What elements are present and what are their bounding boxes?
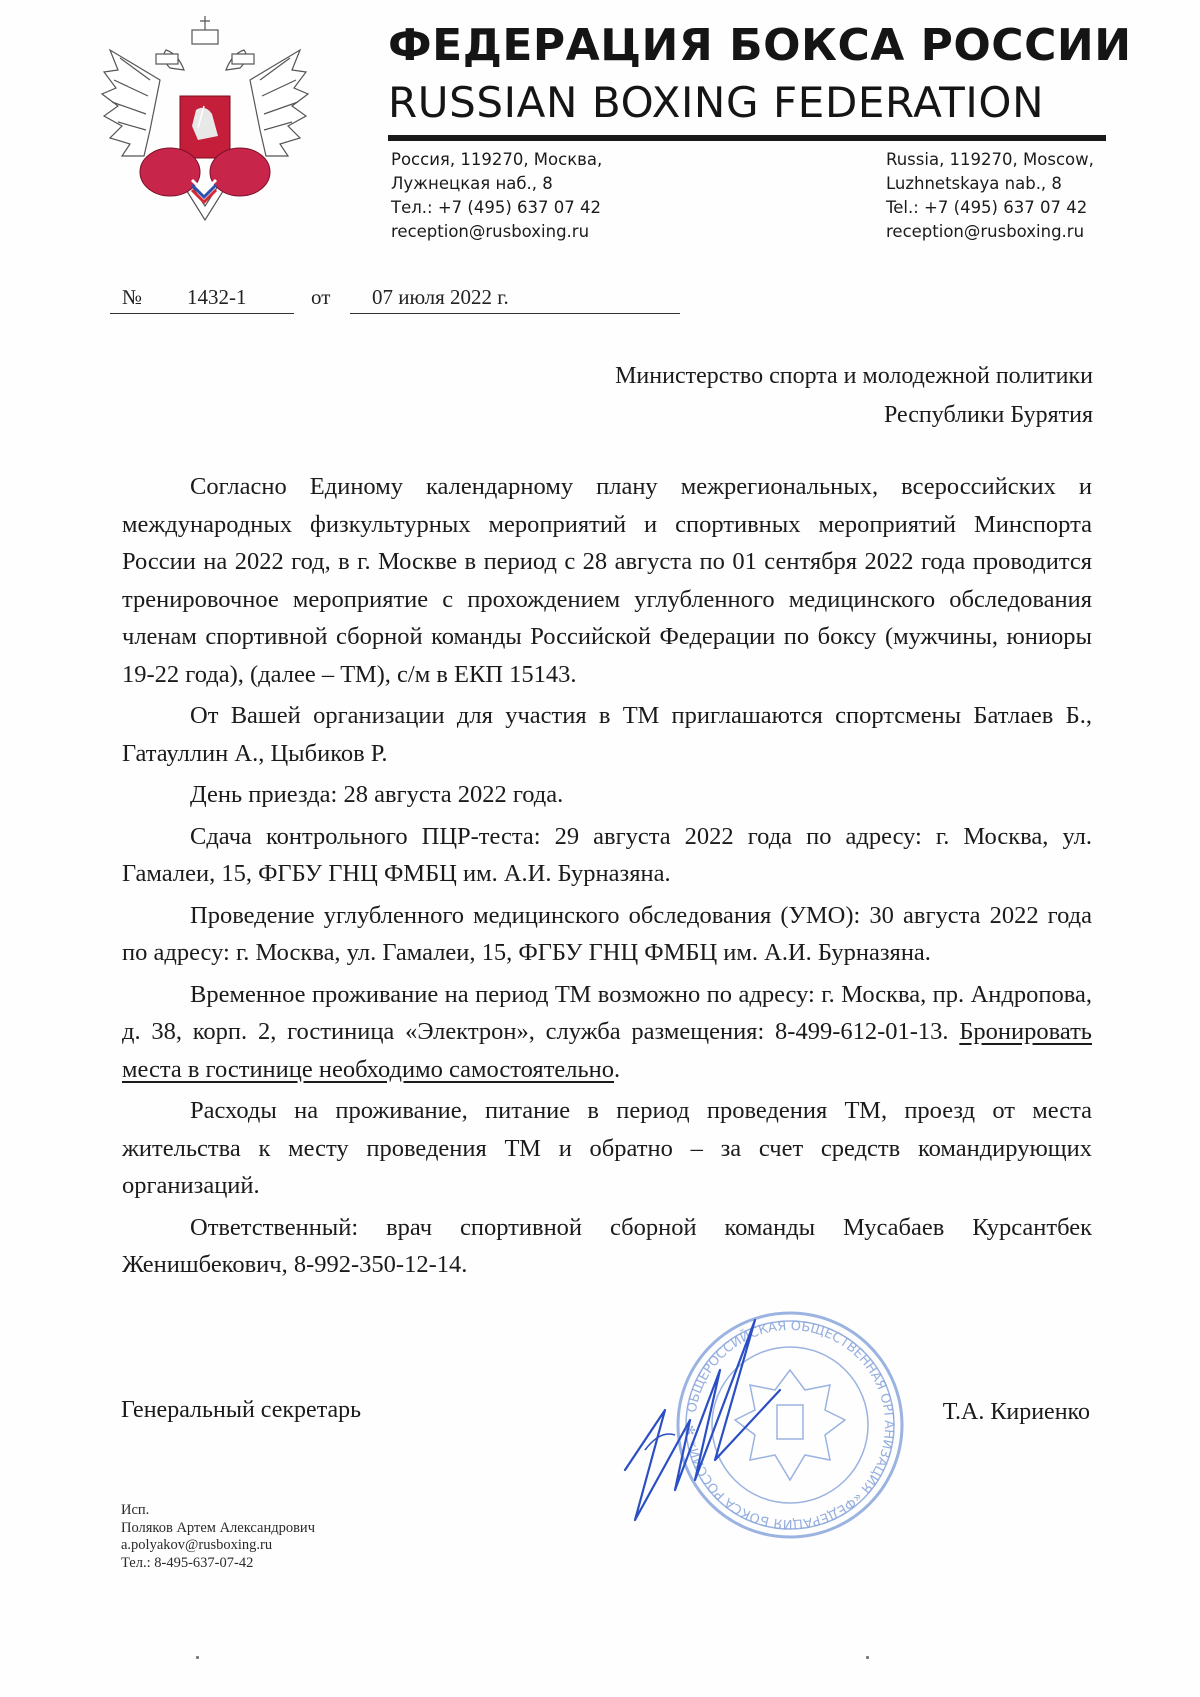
executor-name: Поляков Артем Александрович xyxy=(121,1520,315,1538)
paragraph-pcr-test: Сдача контрольного ПЦР-теста: 29 августа… xyxy=(122,818,1092,893)
scan-speck xyxy=(866,1656,869,1659)
paragraph-medical-exam: Проведение углубленного медицинского обс… xyxy=(122,897,1092,972)
scan-speck xyxy=(196,1656,199,1659)
letterhead-divider xyxy=(388,135,1106,141)
address-en-line1: Russia, 119270, Moscow, xyxy=(886,148,1094,172)
reg-date: 07 июля 2022 г. xyxy=(372,285,509,310)
reg-number-underline xyxy=(110,313,294,314)
address-ru-line1: Россия, 119270, Москва, xyxy=(391,148,602,172)
addressee-line1: Министерство спорта и молодежной политик… xyxy=(615,357,1093,396)
email-ru: reception@rusboxing.ru xyxy=(391,220,602,244)
paragraph-expenses: Расходы на проживание, питание в период … xyxy=(122,1092,1092,1205)
paragraph-accommodation: Временное проживание на период ТМ возмож… xyxy=(122,976,1092,1089)
address-en-line2: Luzhnetskaya nab., 8 xyxy=(886,172,1094,196)
contacts-en: Russia, 119270, Moscow, Luzhnetskaya nab… xyxy=(886,148,1094,244)
handwritten-signature-icon xyxy=(605,1310,795,1540)
phone-en: Tel.: +7 (495) 637 07 42 xyxy=(886,196,1094,220)
paragraph-arrival-day: День приезда: 28 августа 2022 года. xyxy=(122,776,1092,814)
signatory-name: Т.А. Кириенко xyxy=(943,1399,1090,1426)
executor-phone: Тел.: 8-495-637-07-42 xyxy=(121,1555,315,1573)
email-en: reception@rusboxing.ru xyxy=(886,220,1094,244)
letter-body: Согласно Единому календарному плану межр… xyxy=(122,468,1092,1288)
accommodation-text: Временное проживание на период ТМ возмож… xyxy=(122,981,1092,1046)
reg-date-underline xyxy=(350,313,680,314)
contacts-ru: Россия, 119270, Москва, Лужнецкая наб., … xyxy=(391,148,602,244)
addressee-line2: Республики Бурятия xyxy=(615,396,1093,435)
reg-number-symbol: № xyxy=(122,285,142,310)
executor-block: Исп. Поляков Артем Александрович a.polya… xyxy=(121,1502,315,1572)
reg-number: 1432-1 xyxy=(187,285,247,310)
signatory-position: Генеральный секретарь xyxy=(121,1397,361,1424)
executor-email: a.polyakov@rusboxing.ru xyxy=(121,1537,315,1555)
reg-from-label: от xyxy=(311,285,330,310)
address-ru-line2: Лужнецкая наб., 8 xyxy=(391,172,602,196)
org-title-en: RUSSIAN BOXING FEDERATION xyxy=(388,78,1044,127)
phone-ru: Тел.: +7 (495) 637 07 42 xyxy=(391,196,602,220)
paragraph-invited-athletes: От Вашей организации для участия в ТМ пр… xyxy=(122,697,1092,772)
paragraph-event-info: Согласно Единому календарному плану межр… xyxy=(122,468,1092,693)
accommodation-end: . xyxy=(614,1056,620,1083)
letter-page: ФЕДЕРАЦИЯ БОКСА РОССИИ RUSSIAN BOXING FE… xyxy=(0,0,1200,1697)
paragraph-responsible-person: Ответственный: врач спортивной сборной к… xyxy=(122,1209,1092,1284)
addressee: Министерство спорта и молодежной политик… xyxy=(615,357,1093,435)
org-title-ru: ФЕДЕРАЦИЯ БОКСА РОССИИ xyxy=(388,20,1132,71)
executor-label: Исп. xyxy=(121,1502,315,1520)
federation-emblem-icon xyxy=(100,10,310,225)
